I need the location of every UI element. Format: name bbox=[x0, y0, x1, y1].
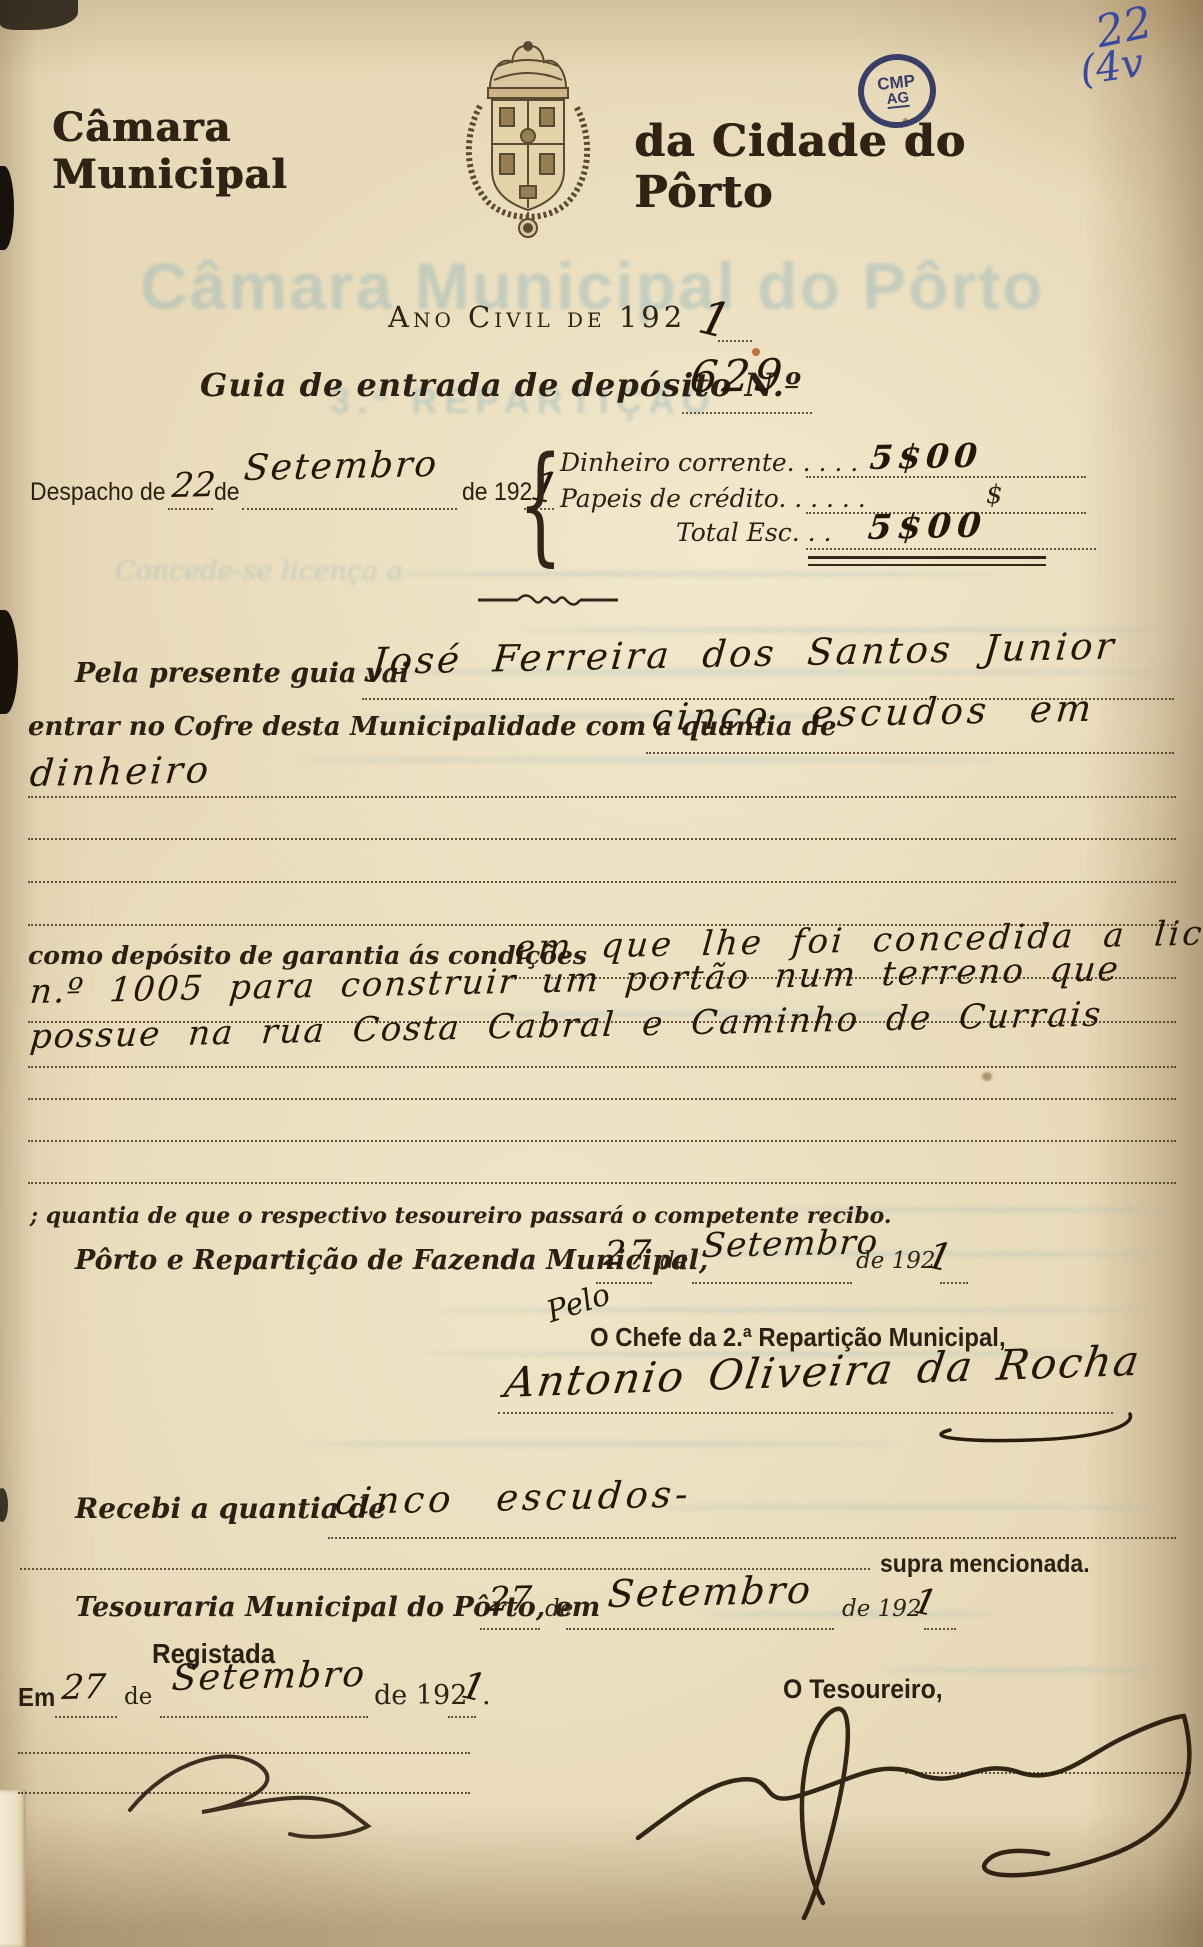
registada-month: Setembro bbox=[170, 1654, 368, 1699]
bleedthrough-writing bbox=[430, 1308, 1150, 1312]
reparticao-year-digit: 1 bbox=[923, 1232, 956, 1280]
year-line: Ano Civil de 192 bbox=[388, 300, 686, 334]
tesouraria-year-digit: 1 bbox=[910, 1580, 941, 1625]
ornament-divider bbox=[478, 590, 618, 610]
reparticao-de: de bbox=[660, 1248, 688, 1274]
dotted-segment bbox=[646, 752, 1174, 754]
dotted-segment bbox=[28, 1098, 1176, 1100]
dotted-segment bbox=[28, 1182, 1176, 1184]
dotted-segment bbox=[28, 838, 1176, 840]
document-page: Câmara Municipal do Pôrto 3.ª REPARTIÇÃO… bbox=[0, 0, 1203, 1947]
amount-dinheiro-value: 5$00 bbox=[868, 436, 983, 477]
registada-period: . bbox=[482, 1680, 491, 1711]
dotted-segment bbox=[448, 1716, 476, 1718]
tesoureiro-signature bbox=[548, 1688, 1203, 1923]
dotted-segment bbox=[806, 476, 1086, 478]
dotted-segment bbox=[480, 1628, 540, 1630]
page-edge-strip bbox=[0, 1790, 26, 1947]
body-line1-printed: Pela presente guia vai bbox=[75, 658, 409, 689]
tesouraria-day: 27 bbox=[486, 1579, 533, 1620]
registada-signature bbox=[110, 1730, 390, 1850]
bleedthrough-licenca: Concede-se licença a bbox=[115, 556, 403, 587]
binding-mark bbox=[0, 1488, 8, 1522]
tesouraria-month: Setembro bbox=[606, 1568, 814, 1616]
body-line1-hand: José Ferreira dos Santos Junior bbox=[370, 624, 1118, 683]
bleedthrough-writing bbox=[300, 758, 1000, 762]
dotted-segment bbox=[55, 1716, 117, 1718]
dotted-segment bbox=[242, 508, 457, 510]
registada-de-year: de 192 bbox=[374, 1680, 467, 1711]
tesouraria-de: de bbox=[545, 1596, 573, 1622]
despacho-label: Despacho de bbox=[30, 478, 166, 507]
dotted-segment bbox=[168, 508, 213, 510]
corner-smudge bbox=[0, 0, 78, 30]
dotted-segment bbox=[328, 1537, 1176, 1539]
dotted-segment bbox=[566, 1628, 834, 1630]
despacho-de: de bbox=[214, 478, 240, 507]
reparticao-day: 27 bbox=[602, 1233, 655, 1274]
dotted-segment bbox=[28, 1066, 1176, 1068]
body-line3-hand: dinheiro bbox=[28, 748, 213, 795]
dotted-segment bbox=[718, 340, 752, 342]
coat-of-arms bbox=[428, 36, 628, 238]
reparticao-month: Setembro bbox=[700, 1222, 880, 1266]
bleedthrough-writing bbox=[640, 1505, 1160, 1509]
dotted-segment bbox=[160, 1716, 368, 1718]
dotted-segment bbox=[924, 1628, 956, 1630]
guia-number: 629 bbox=[688, 350, 788, 403]
supra-label: supra mencionada. bbox=[880, 1550, 1090, 1579]
bleedthrough-writing bbox=[380, 572, 1000, 576]
amount-dinheiro-label: Dinheiro corrente. . . . . bbox=[560, 448, 858, 477]
binding-mark bbox=[0, 610, 18, 714]
dotted-segment bbox=[940, 1282, 968, 1284]
header-title-right: da Cidade do Pôrto bbox=[634, 116, 1104, 218]
total-double-rule bbox=[808, 556, 1046, 566]
dotted-segment bbox=[28, 796, 1176, 798]
bleedthrough-writing bbox=[300, 1442, 900, 1446]
brace-glyph: { bbox=[518, 430, 563, 579]
stain-spot bbox=[982, 1072, 992, 1081]
bleedthrough-writing bbox=[880, 1668, 1160, 1672]
despacho-month: Setembro bbox=[242, 444, 440, 489]
despacho-day: 22 bbox=[170, 465, 217, 506]
header-title-left: Câmara Municipal bbox=[52, 104, 404, 198]
recebi-hand: cinco escudos- bbox=[333, 1473, 693, 1523]
signature-flourish bbox=[880, 1412, 1140, 1452]
registada-de: de bbox=[124, 1684, 152, 1710]
amount-papeis-label: Papeis de crédito. . . . . . bbox=[560, 484, 866, 513]
dotted-segment bbox=[28, 1140, 1176, 1142]
dotted-segment bbox=[806, 548, 1096, 550]
dotted-segment bbox=[682, 412, 812, 414]
amount-total-value: 5$00 bbox=[866, 506, 988, 548]
dotted-segment bbox=[28, 881, 1176, 883]
amount-total-label: Total Esc. . . bbox=[676, 518, 832, 547]
stamp-text-bottom: AG bbox=[886, 90, 910, 110]
corner-monogram: (4v bbox=[1077, 40, 1146, 94]
dotted-segment bbox=[692, 1282, 852, 1284]
registada-em: Em bbox=[18, 1682, 55, 1713]
binding-mark bbox=[0, 166, 14, 250]
body-line2-hand: cinco escudos em bbox=[650, 687, 1097, 739]
registada-day: 27 bbox=[60, 1667, 107, 1708]
